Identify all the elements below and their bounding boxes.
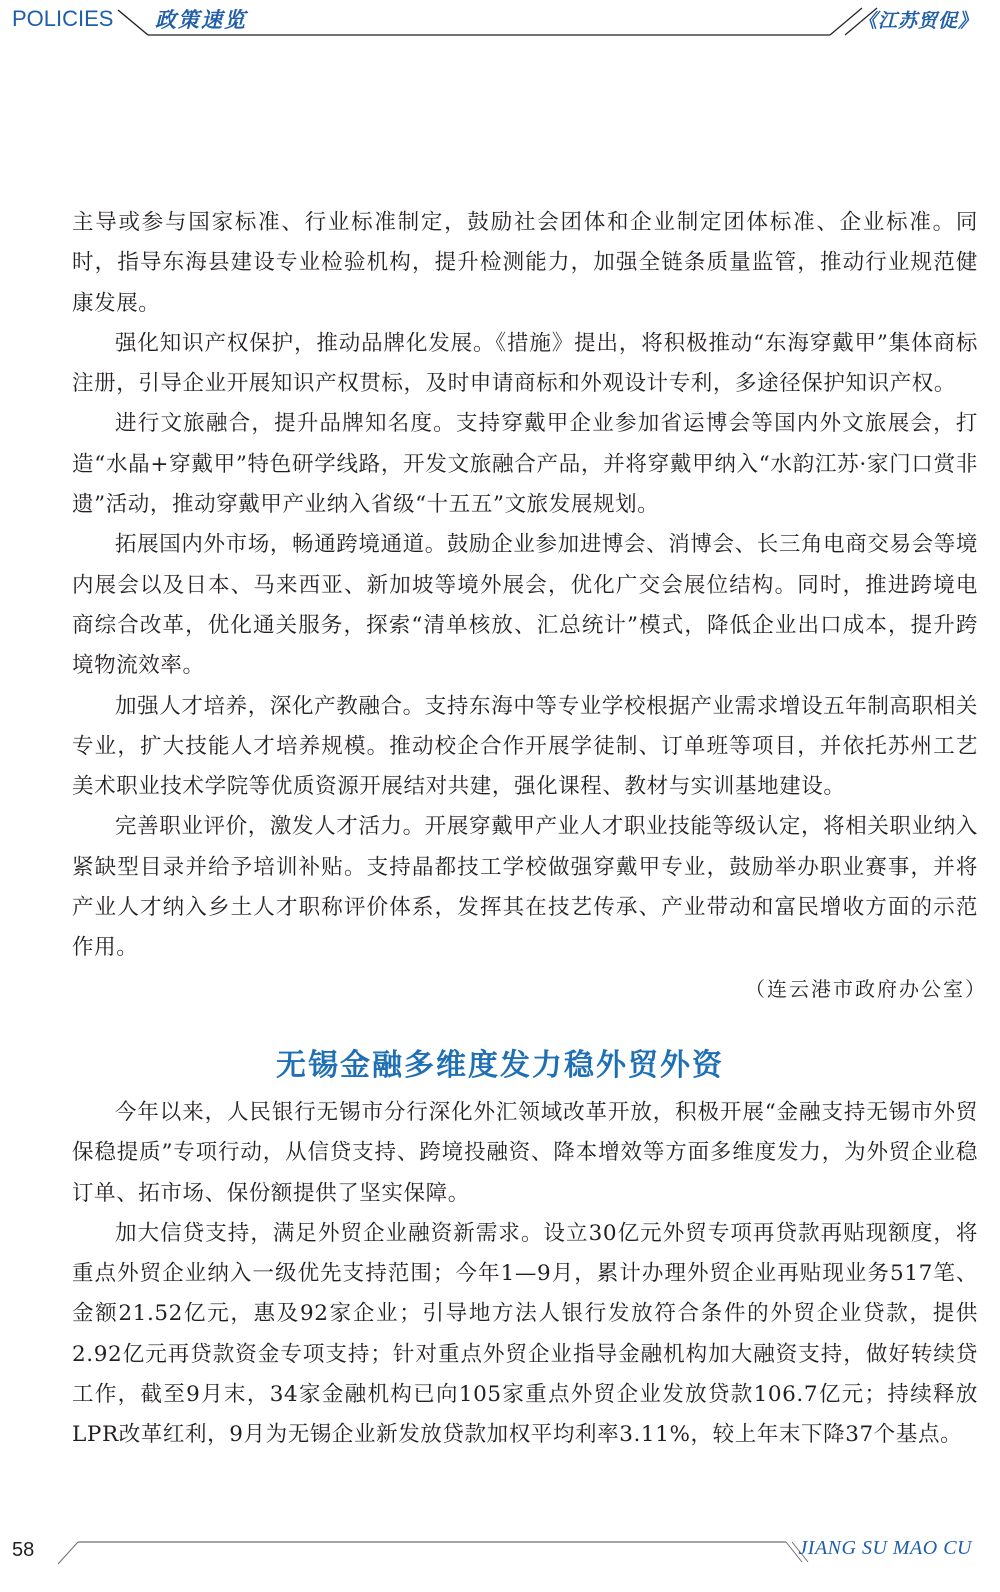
article-source: （连云港市政府办公室）	[745, 973, 987, 1002]
article-body-2: 今年以来，人民银行无锡市分行深化外汇领域改革开放，积极开展“金融支持无锡市外贸保…	[72, 1093, 978, 1456]
article-body-1: 主导或参与国家标准、行业标准制定，鼓励社会团体和企业制定团体标准、企业标准。同时…	[72, 203, 978, 969]
paragraph: 进行文旅融合，提升品牌知名度。支持穿戴甲企业参加省运博会等国内外文旅展会，打造“…	[72, 404, 978, 525]
paragraph: 主导或参与国家标准、行业标准制定，鼓励社会团体和企业制定团体标准、企业标准。同时…	[72, 203, 978, 324]
magazine-name-en: JIANG SU MAO CU	[798, 1537, 972, 1560]
section-label-en: POLICIES	[12, 6, 113, 32]
page-number: 58	[12, 1539, 34, 1562]
paragraph: 加强人才培养，深化产教融合。支持东海中等专业学校根据产业需求增设五年制高职相关专…	[72, 687, 978, 808]
section-label-cn: 政策速览	[155, 4, 247, 34]
paragraph: 完善职业评价，激发人才活力。开展穿戴甲产业人才职业技能等级认定，将相关职业纳入紧…	[72, 807, 978, 968]
header-rule-lines	[0, 0, 1000, 40]
paragraph: 强化知识产权保护，推动品牌化发展。《措施》提出，将积极推动“东海穿戴甲”集体商标…	[72, 324, 978, 405]
paragraph: 拓展国内外市场，畅通跨境通道。鼓励企业参加进博会、消博会、长三角电商交易会等境内…	[72, 525, 978, 686]
article-title: 无锡金融多维度发力稳外贸外资	[0, 1040, 1000, 1084]
paragraph: 加大信贷支持，满足外贸企业融资新需求。设立30亿元外贸专项再贷款再贴现额度，将重…	[72, 1214, 978, 1456]
magazine-title: 《江苏贸促》	[858, 6, 978, 33]
paragraph: 今年以来，人民银行无锡市分行深化外汇领域改革开放，积极开展“金融支持无锡市外贸保…	[72, 1093, 978, 1214]
page-header: POLICIES 政策速览 《江苏贸促》	[0, 0, 1000, 40]
